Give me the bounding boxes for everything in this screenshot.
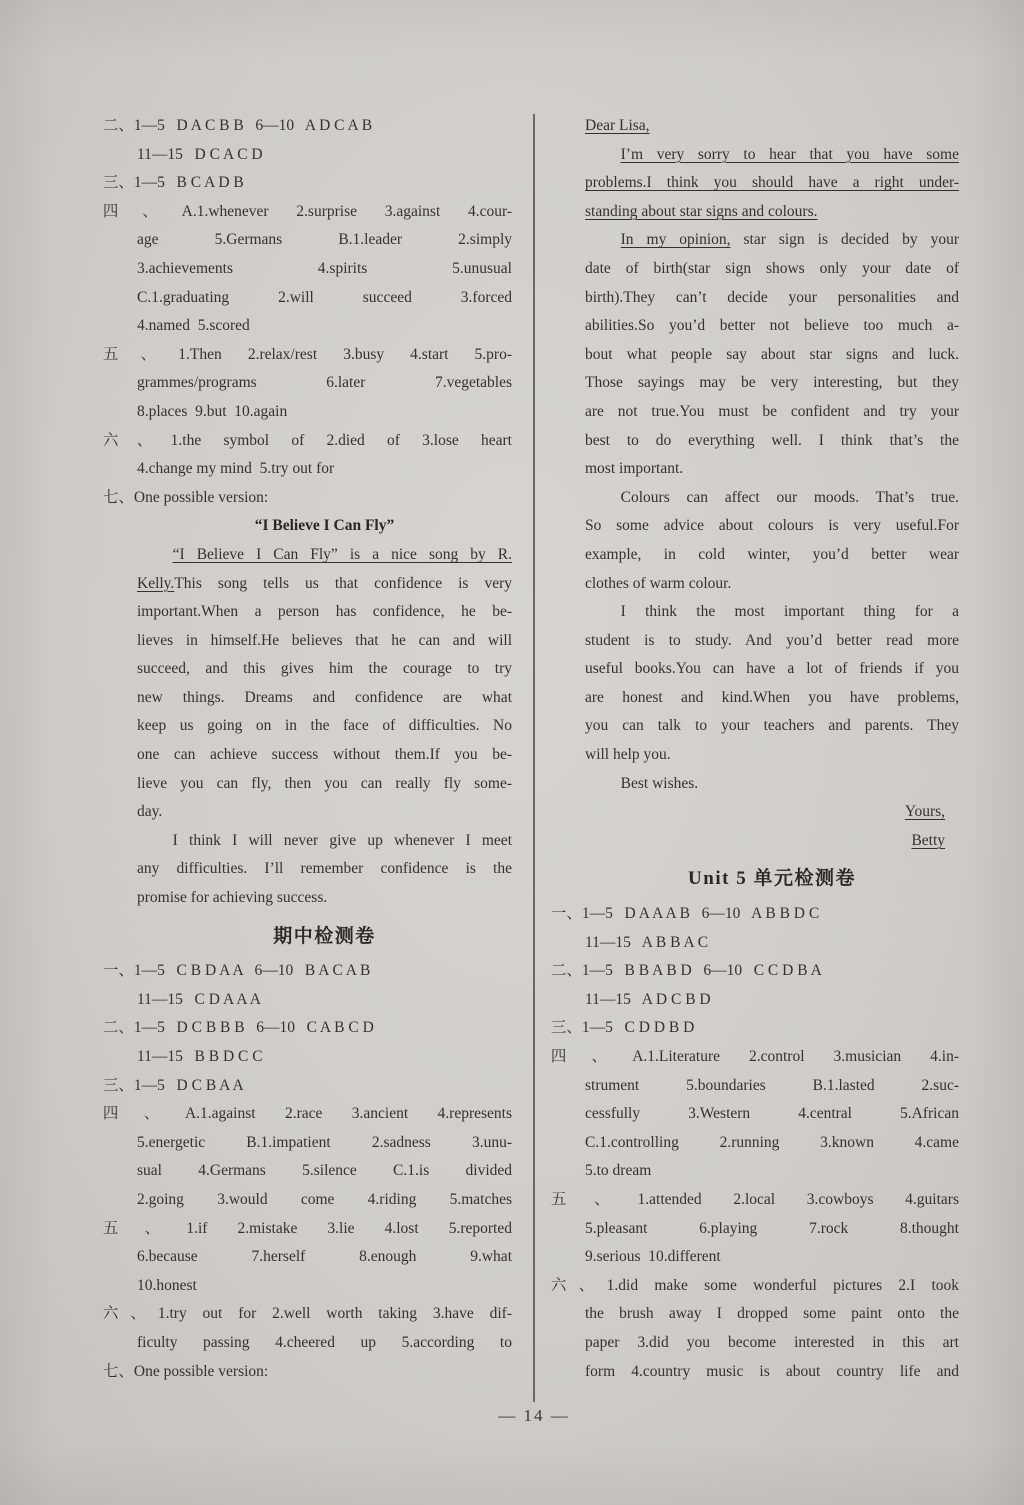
text-line: 二、1—5 D A C B B 6—10 A D C A B [137,112,512,141]
text-line: 六、1.did make some wonderful pictures 2.I… [585,1272,959,1301]
text-line: student is to study. And you’d better re… [585,627,959,656]
text-line: example, in cold winter, you’d better we… [585,541,959,570]
text-line: clothes of warm colour. [585,570,959,599]
text-line: C.1.graduating 2.will succeed 3.forced [137,284,512,313]
text-line: 四、A.1.whenever 2.surprise 3.against 4.co… [137,198,512,227]
text-line: form 4.country music is about country li… [585,1358,959,1387]
text-line: sual 4.Germans 5.silence C.1.is divided [137,1157,512,1186]
text-line: strument 5.boundaries B.1.lasted 2.suc- [585,1072,959,1101]
text-line: succeed, and this gives him the courage … [137,655,512,684]
text-line: C.1.controlling 2.running 3.known 4.came [585,1129,959,1158]
text-line: Kelly.This song tells us that confidence… [137,570,512,599]
text-line: one can achieve success without them.If … [137,741,512,770]
text-line: 三、1—5 D C B A A [137,1072,512,1101]
text-line: ficulty passing 4.cheered up 5.according… [137,1329,512,1358]
text-line: Colours can affect our moods. That’s tru… [585,484,959,513]
text-line: 5.pleasant 6.playing 7.rock 8.thought [585,1215,959,1244]
text-line: 三、1—5 B C A D B [137,169,512,198]
text-line: Yours, [585,798,959,827]
text-line: 4.named 5.scored [137,312,512,341]
text-line: I think I will never give up whenever I … [137,827,512,856]
text: This song tells us that confidence is ve… [174,575,512,592]
text-line: 2.going 3.would come 4.riding 5.matches [137,1186,512,1215]
text-line: cessfully 3.Western 4.central 5.African [585,1100,959,1129]
text-line: 11—15 D C A C D [137,141,512,170]
text-line: So some advice about colours is very use… [585,512,959,541]
text-line: any difficulties. I’ll remember confiden… [137,855,512,884]
underlined-text: In my opinion, [621,231,731,248]
text-line: lieves in himself.He believes that he ca… [137,627,512,656]
text-line: keep us going on in the face of difficul… [137,712,512,741]
text-line: Betty [585,827,959,856]
text-line: most important. [585,455,959,484]
text-line: Best wishes. [585,770,959,799]
page-number: — 14 — [498,1406,570,1426]
text-line: 4.change my mind 5.try out for [137,455,512,484]
text-line: In my opinion, star sign is decided by y… [585,226,959,255]
text-line: I think the most important thing for a [585,598,959,627]
text-line: 四、A.1.against 2.race 3.ancient 4.represe… [137,1100,512,1129]
text-line: Those sayings may be very interesting, b… [585,369,959,398]
left-column: 二、1—5 D A C B B 6—10 A D C A B11—15 D C … [137,112,512,1386]
text-line: are not true.You must be confident and t… [585,398,959,427]
text-line: the brush away I dropped some paint onto… [585,1300,959,1329]
text-line: you can talk to your teachers and parent… [585,712,959,741]
text-line: promise for achieving success. [137,884,512,913]
text-line: important.When a person has confidence, … [137,598,512,627]
text-line: 10.honest [137,1272,512,1301]
text-line: 一、1—5 C B D A A 6—10 B A C A B [137,957,512,986]
text-line: 六、1.try out for 2.well worth taking 3.ha… [137,1300,512,1329]
text-line: 11—15 A B B A C [585,929,959,958]
text-line: 二、1—5 B B A B D 6—10 C C D B A [585,957,959,986]
text-line: day. [137,798,512,827]
text-line: 五、1.Then 2.relax/rest 3.busy 4.start 5.p… [137,341,512,370]
text-line: 11—15 A D C B D [585,986,959,1015]
text-line: 七、One possible version: [137,484,512,513]
text-line: “I Believe I Can Fly” is a nice song by … [137,541,512,570]
text-line: 五、1.attended 2.local 3.cowboys 4.guitars [585,1186,959,1215]
text-line: “I Believe I Can Fly” [137,512,512,541]
text-line: are honest and kind.When you have proble… [585,684,959,713]
text-line: I’m very sorry to hear that you have som… [585,141,959,170]
text-line: paper 3.did you become interested in thi… [585,1329,959,1358]
text-line: problems.I think you should have a right… [585,169,959,198]
text-line: 四、A.1.Literature 2.control 3.musician 4.… [585,1043,959,1072]
text-line: 11—15 B B D C C [137,1043,512,1072]
text-line: best to do everything well. I think that… [585,427,959,456]
text: star sign is decided by your [731,231,959,248]
text-line: 5.to dream [585,1157,959,1186]
right-column: Dear Lisa,I’m very sorry to hear that yo… [585,112,959,1386]
section-heading: 期中检测卷 [137,923,512,952]
text-line: abilities.So you’d better not believe to… [585,312,959,341]
book-page: 二、1—5 D A C B B 6—10 A D C A B11—15 D C … [0,0,1024,1505]
text-line: 一、1—5 D A A A B 6—10 A B B D C [585,900,959,929]
underlined-text: Kelly. [137,575,174,592]
text-line: 三、1—5 C D D B D [585,1014,959,1043]
text-line: useful books.You can have a lot of frien… [585,655,959,684]
text-line: 七、One possible version: [137,1358,512,1387]
text-line: date of birth(star sign shows only your … [585,255,959,284]
text-line: 6.because 7.herself 8.enough 9.what [137,1243,512,1272]
text-line: standing about star signs and colours. [585,198,959,227]
text-line: 11—15 C D A A A [137,986,512,1015]
text-line: 二、1—5 D C B B B 6—10 C A B C D [137,1014,512,1043]
text-line: 8.places 9.but 10.again [137,398,512,427]
text-line: will help you. [585,741,959,770]
text-line: bout what people say about star signs an… [585,341,959,370]
column-divider-line [533,114,535,1402]
text-line: 3.achievements 4.spirits 5.unusual [137,255,512,284]
text-line: birth).They can’t decide your personalit… [585,284,959,313]
text-line: Dear Lisa, [585,112,959,141]
text-line: age 5.Germans B.1.leader 2.simply [137,226,512,255]
section-heading: Unit 5 单元检测卷 [585,865,959,894]
text-line: lieve you can fly, then you can really f… [137,770,512,799]
text-line: new things. Dreams and confidence are wh… [137,684,512,713]
text-line: grammes/programs 6.later 7.vegetables [137,369,512,398]
text-line: 五、1.if 2.mistake 3.lie 4.lost 5.reported [137,1215,512,1244]
text-line: 六、1.the symbol of 2.died of 3.lose heart [137,427,512,456]
text-line: 5.energetic B.1.impatient 2.sadness 3.un… [137,1129,512,1158]
text-line: 9.serious 10.different [585,1243,959,1272]
